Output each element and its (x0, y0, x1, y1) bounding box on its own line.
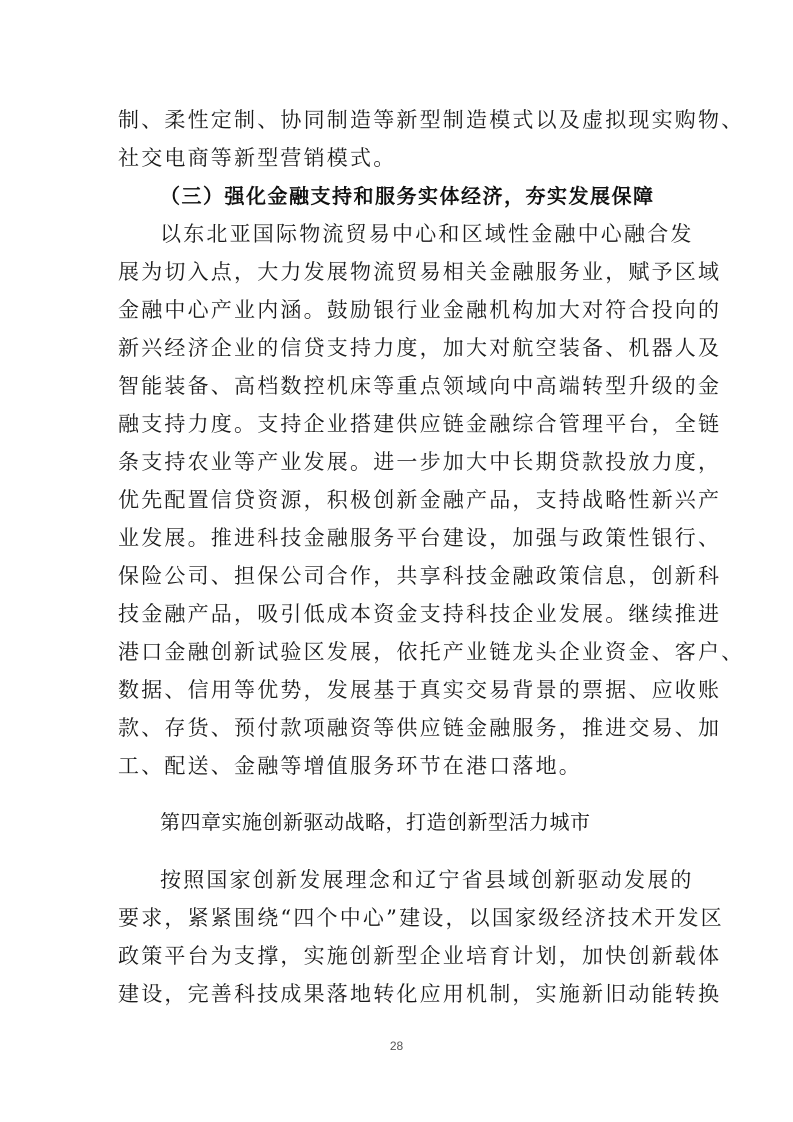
text-line: 优先配置信贷资源，积极创新金融产品，支持战略性新兴产 (118, 484, 684, 516)
chapter-heading: 第四章实施创新驱动战略，打造创新型活力城市 (160, 806, 591, 838)
text-line: 展为切入点，大力发展物流贸易相关金融服务业，赋予区域 (118, 256, 684, 288)
text-line: 社交电商等新型营销模式。 (118, 142, 684, 174)
text-line: 建设，完善科技成果落地转化应用机制，实施新旧动能转换 (118, 978, 684, 1010)
text-line: 数据、信用等优势，发展基于真实交易背景的票据、应收账 (118, 674, 684, 706)
text-line: 融支持力度。支持企业搭建供应链金融综合管理平台，全链 (118, 408, 684, 440)
text-line: 款、存货、预付款项融资等供应链金融服务，推进交易、加 (118, 712, 684, 744)
text-line: 工、配送、金融等增值服务环节在港口落地。 (118, 750, 684, 782)
document-page: 制、柔性定制、协同制造等新型制造模式以及虚拟现实购物、 社交电商等新型营销模式。… (0, 0, 793, 1122)
text-line: 条支持农业等产业发展。进一步加大中长期贷款投放力度， (118, 446, 684, 478)
text-line: 政策平台为支撑，实施创新型企业培育计划，加快创新载体 (118, 940, 684, 972)
text-line: 保险公司、担保公司合作，共享科技金融政策信息，创新科 (118, 560, 684, 592)
text-line: 金融中心产业内涵。鼓励银行业金融机构加大对符合投向的 (118, 294, 684, 326)
text-line: 新兴经济企业的信贷支持力度，加大对航空装备、机器人及 (118, 332, 684, 364)
text-line: 以东北亚国际物流贸易中心和区域性金融中心融合发 (160, 218, 684, 250)
page-number: 28 (0, 1039, 793, 1053)
text-line: 港口金融创新试验区发展，依托产业链龙头企业资金、客户、 (118, 636, 684, 668)
text-line: 制、柔性定制、协同制造等新型制造模式以及虚拟现实购物、 (118, 104, 684, 136)
text-line: 技金融产品，吸引低成本资金支持科技企业发展。继续推进 (118, 598, 684, 630)
text-line: 按照国家创新发展理念和辽宁省县域创新驱动发展的 (160, 864, 684, 896)
section-heading: （三）强化金融支持和服务实体经济，夯实发展保障 (160, 180, 655, 212)
text-line: 要求，紧紧围绕“四个中心”建设，以国家级经济技术开发区 (118, 902, 684, 934)
text-line: 业发展。推进科技金融服务平台建设，加强与政策性银行、 (118, 522, 684, 554)
text-line: 智能装备、高档数控机床等重点领域向中高端转型升级的金 (118, 370, 684, 402)
